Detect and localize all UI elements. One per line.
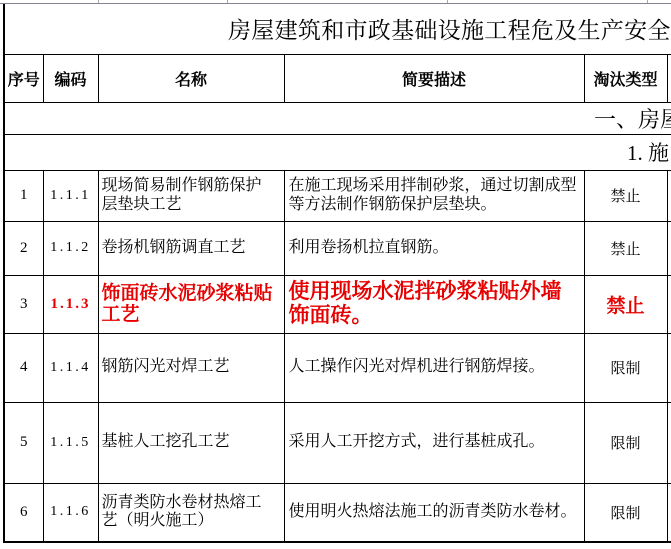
cell-type: 禁止 (584, 275, 667, 333)
table-row: 6 1.1.6 沥青类防水卷材热熔工艺（明火施工） 使用明火热熔法施工的沥青类防… (4, 483, 671, 542)
cell-serial: 1 (4, 170, 43, 221)
catalog-table: 房屋建筑和市政基础设施工程危及生产安全 序号 编码 名称 简要描述 淘汰类型 一… (3, 4, 671, 543)
page-title: 房屋建筑和市政基础设施工程危及生产安全 (4, 4, 671, 54)
section-category-label: 一、房屋 (4, 102, 671, 134)
cell-name: 卷扬机钢筋调直工艺 (98, 221, 284, 275)
cell-code: 1.1.4 (43, 333, 98, 402)
cell-type: 禁止 (584, 170, 667, 221)
cell-code: 1.1.2 (43, 221, 98, 275)
cell-serial: 2 (4, 221, 43, 275)
cell-cut (667, 402, 671, 483)
section-row-category: 一、房屋 (4, 102, 671, 134)
cell-cut (667, 483, 671, 542)
cell-serial: 6 (4, 483, 43, 542)
cell-desc: 利用卷扬机拉直钢筋。 (284, 221, 584, 275)
gridline-tick (647, 0, 648, 3)
spreadsheet-viewport: 房屋建筑和市政基础设施工程危及生产安全 序号 编码 名称 简要描述 淘汰类型 一… (0, 0, 671, 549)
table-row: 4 1.1.4 钢筋闪光对焊工艺 人工操作闪光对焊机进行钢筋焊接。 限制 (4, 333, 671, 402)
cell-desc: 采用人工开挖方式，进行基桩成孔。 (284, 402, 584, 483)
cell-name: 基桩人工挖孔工艺 (98, 402, 284, 483)
gridline-tick (447, 0, 448, 3)
cell-code: 1.1.5 (43, 402, 98, 483)
header-row: 序号 编码 名称 简要描述 淘汰类型 (4, 54, 671, 102)
cell-desc: 使用现场水泥拌砂浆粘贴外墙饰面砖。 (284, 275, 584, 333)
cell-serial: 5 (4, 402, 43, 483)
cell-name: 沥青类防水卷材热熔工艺（明火施工） (98, 483, 284, 542)
section-row-subcategory: 1. 施 (4, 134, 671, 170)
column-header-description: 简要描述 (284, 54, 584, 102)
column-header-code: 编码 (43, 54, 98, 102)
cell-cut (667, 221, 671, 275)
cell-serial: 4 (4, 333, 43, 402)
cell-type: 禁止 (584, 221, 667, 275)
cell-code: 1.1.3 (43, 275, 98, 333)
cell-code: 1.1.1 (43, 170, 98, 221)
cell-name: 饰面砖水泥砂浆粘贴工艺 (98, 275, 284, 333)
table-row: 1 1.1.1 现场简易制作钢筋保护层垫块工艺 在施工现场采用拌制砂浆，通过切割… (4, 170, 671, 221)
cell-cut (667, 275, 671, 333)
table-row: 2 1.1.2 卷扬机钢筋调直工艺 利用卷扬机拉直钢筋。 禁止 (4, 221, 671, 275)
cell-type: 限制 (584, 333, 667, 402)
cell-cut (667, 333, 671, 402)
cell-serial: 3 (4, 275, 43, 333)
cell-name: 现场简易制作钢筋保护层垫块工艺 (98, 170, 284, 221)
cell-type: 限制 (584, 483, 667, 542)
cell-cut (667, 170, 671, 221)
cell-type: 限制 (584, 402, 667, 483)
section-subcategory-label: 1. 施 (4, 134, 671, 170)
gridline-tick (227, 0, 228, 3)
cell-desc: 人工操作闪光对焊机进行钢筋焊接。 (284, 333, 584, 402)
column-header-cut (667, 54, 671, 102)
title-row: 房屋建筑和市政基础设施工程危及生产安全 (4, 4, 671, 54)
column-header-serial: 序号 (4, 54, 43, 102)
cell-desc: 在施工现场采用拌制砂浆，通过切割成型等方法制作钢筋保护层垫块。 (284, 170, 584, 221)
column-header-name: 名称 (98, 54, 284, 102)
cell-name: 钢筋闪光对焊工艺 (98, 333, 284, 402)
table-row: 5 1.1.5 基桩人工挖孔工艺 采用人工开挖方式，进行基桩成孔。 限制 (4, 402, 671, 483)
table-row-highlighted: 3 1.1.3 饰面砖水泥砂浆粘贴工艺 使用现场水泥拌砂浆粘贴外墙饰面砖。 禁止 (4, 275, 671, 333)
column-header-type: 淘汰类型 (584, 54, 667, 102)
cell-code: 1.1.6 (43, 483, 98, 542)
gridline-tick (98, 0, 99, 3)
cell-desc: 使用明火热熔法施工的沥青类防水卷材。 (284, 483, 584, 542)
